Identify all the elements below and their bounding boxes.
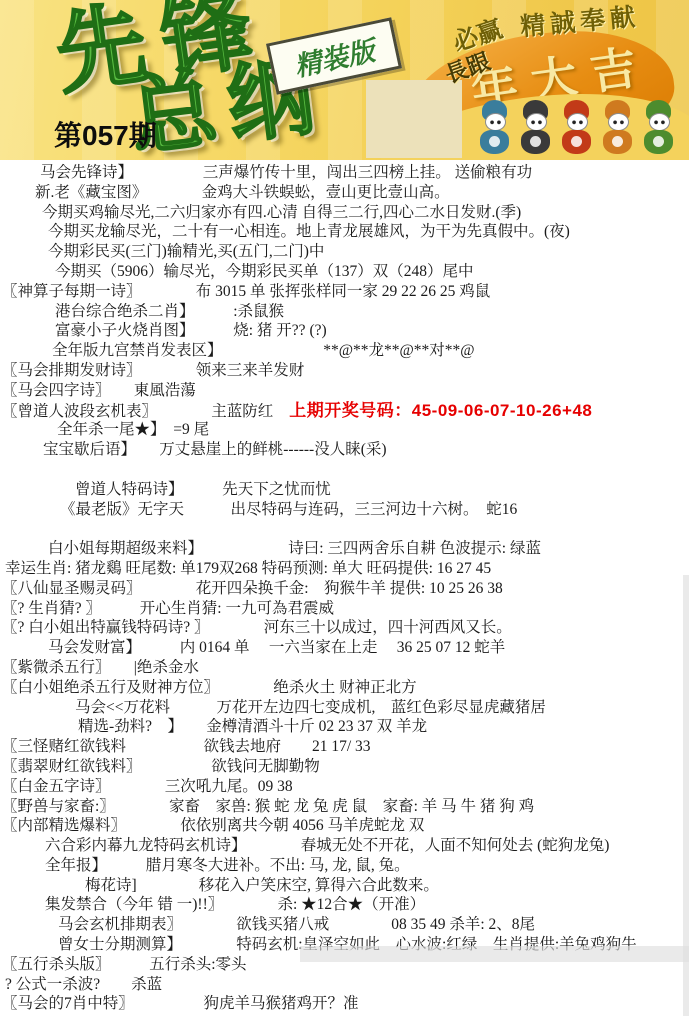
line-text: 〖神算子每期一诗〗 布 3015 单 张挥张样同一家 29 22 26 25 鸡…	[2, 283, 490, 300]
scan-edge-artifact	[683, 575, 689, 1016]
text-line: 马会<<万花料 万花开左边四七变成机, 蓝红色彩尽显虎藏猪居	[0, 698, 689, 718]
text-line: 〖白金五字诗〗 三次吼九尾。09 38	[0, 777, 689, 797]
text-line	[0, 519, 689, 539]
lottery-tip-sheet: 年大吉 先锋 总纲 精装版 第057期 必赢 精誠奉献 長跟 马会先锋诗】 三声…	[0, 0, 689, 1016]
text-line: 〖曾道人波段玄机表〗 主蓝防红上期开奖号码：45-09-06-07-10-26+…	[0, 401, 689, 421]
text-line: 马会先锋诗】 三声爆竹传十里，闯出三四榜上挂。 送偷粮有功	[0, 163, 689, 183]
text-line: 〖神算子每期一诗〗 布 3015 单 张挥张样同一家 29 22 26 25 鸡…	[0, 282, 689, 302]
mascot-huanhuan-red	[560, 100, 593, 156]
text-line: 白小姐每期超级来料】 诗曰: 三四两舍乐自耕 色波提示: 绿蓝	[0, 539, 689, 559]
text-line: 富豪小子火烧肖图】 烧: 猪 开?? (?)	[0, 321, 689, 341]
line-text: 全年版九宫禁肖发表区】 **@**龙**@**对**@	[52, 342, 475, 359]
mascot-yingying-orange	[601, 100, 634, 156]
text-line: 新.老《藏宝图》 金鸡大斗铁蜈蚣，壹山更比壹山高。	[0, 183, 689, 203]
line-text: 马会<<万花料 万花开左边四七变成机, 蓝红色彩尽显虎藏猪居	[75, 699, 546, 716]
line-text: 今期买鸡输尽光,二六归家亦有四.心清 自得三二行,四心二水日发财.(季)	[42, 204, 521, 221]
line-text: 六合彩内幕九龙特码玄机诗】 春城无处不开花，人面不知何处去 (蛇狗龙兔)	[45, 837, 609, 854]
line-text: 〖三怪赌红欲钱料 欲钱去地府 21 17/ 33	[2, 738, 371, 755]
text-line: 港台综合绝杀二肖】 :杀鼠猴	[0, 302, 689, 322]
text-line: 〖马会排期发财诗〗 领来三来羊发财	[0, 361, 689, 381]
text-line: 今期彩民买(三门)输精光,买(五门,二门)中	[0, 242, 689, 262]
line-text: 全年报】 腊月寒冬大进补。不出: 马, 龙, 鼠, 兔。	[45, 857, 410, 874]
line-text: 〖紫微杀五行〗 |绝杀金水	[2, 659, 199, 676]
text-line: 〖八仙显圣赐灵码〗 花开四朵换千金: 狗猴牛羊 提供: 10 25 26 38	[0, 579, 689, 599]
mascot-beibei-blue	[478, 100, 511, 156]
line-text: 梅花诗] 移花入户笑床空, 算得六合此数来。	[85, 877, 439, 894]
line-text: 〖马会的7肖中特〗 狗虎羊马猴猪鸡开？准	[2, 995, 359, 1012]
text-line: 〖翡翠财红欲钱料〗 欲钱问无脚勤物	[0, 757, 689, 777]
body-lines: 马会先锋诗】 三声爆竹传十里，闯出三四榜上挂。 送偷粮有功新.老《藏宝图》 金鸡…	[0, 163, 689, 1014]
text-line: ? 公式一杀波? 杀蓝	[0, 975, 689, 995]
line-text: 〖五行杀头版〗 五行杀头:零头	[2, 956, 247, 973]
text-line: 梅花诗] 移花入户笑床空, 算得六合此数来。	[0, 876, 689, 896]
line-text: 〖马会排期发财诗〗 领来三来羊发财	[2, 362, 304, 379]
line-text: ? 公式一杀波? 杀蓝	[5, 976, 162, 993]
mascot-part	[603, 130, 632, 154]
text-line: 《最老版》无字天 出尽特码与连码，三三河边十六树。 蛇16	[0, 500, 689, 520]
text-line: 今期买（5906）输尽光，今期彩民买单（137）双（248）尾中	[0, 262, 689, 282]
line-text: 《最老版》无字天 出尽特码与连码，三三河边十六树。 蛇16	[60, 501, 517, 518]
tip-lines-area: 马会先锋诗】 三声爆竹传十里，闯出三四榜上挂。 送偷粮有功新.老《藏宝图》 金鸡…	[0, 160, 689, 1016]
mascot-nini-green	[642, 100, 675, 156]
text-line: 马会玄机排期表〗 欲钱买猪八戒 08 35 49 杀羊: 2、8尾	[0, 915, 689, 935]
line-text: 精选-劲料? 】 金樽清酒斗十斤 02 23 37 双 羊龙	[78, 718, 427, 735]
issue-number: 第057期	[54, 114, 157, 154]
text-line: 今期买鸡输尽光,二六归家亦有四.心清 自得三二行,四心二水日发财.(季)	[0, 203, 689, 223]
text-line: 六合彩内幕九龙特码玄机诗】 春城无处不开花，人面不知何处去 (蛇狗龙兔)	[0, 836, 689, 856]
line-text: 集发禁合（今年 错 一)!!〗 杀: ★12合★（开准）	[45, 896, 425, 913]
text-line: 全年杀一尾★】 =9 尾	[0, 420, 689, 440]
text-line: 集发禁合（今年 错 一)!!〗 杀: ★12合★（开准）	[0, 895, 689, 915]
mascot-part	[649, 113, 670, 131]
mascot-part	[485, 113, 506, 131]
text-line: 曾道人特码诗】 先天下之忧而忧	[0, 480, 689, 500]
line-text: 今期买龙输尽光，二十有一心相连。地上青龙展雄风，为干为先真假中。(夜)	[48, 223, 570, 240]
text-line: 精选-劲料? 】 金樽清酒斗十斤 02 23 37 双 羊龙	[0, 717, 689, 737]
line-text: 马会玄机排期表〗 欲钱买猪八戒 08 35 49 杀羊: 2、8尾	[58, 916, 535, 933]
line-text: 〖翡翠财红欲钱料〗 欲钱问无脚勤物	[2, 758, 320, 775]
line-text: 〖野兽与家畜:〗 家畜 家兽: 猴 蛇 龙 兔 虎 鼠 家畜: 羊 马 牛 猪 …	[2, 798, 534, 815]
line-text: 马会先锋诗】 三声爆竹传十里，闯出三四榜上挂。 送偷粮有功	[40, 164, 532, 181]
line-text: 〖马会四字诗〗 東風浩蕩	[2, 382, 196, 399]
text-line: 〖马会四字诗〗 東風浩蕩	[0, 381, 689, 401]
line-text: 马会发财富】 内 0164 单 一六当家在上走 36 25 07 12 蛇羊	[48, 639, 505, 656]
line-text: 曾道人特码诗】 先天下之忧而忧	[75, 481, 331, 498]
line-text: 〖曾道人波段玄机表〗 主蓝防红	[2, 403, 273, 420]
blank-patch	[366, 80, 462, 158]
line-text: 新.老《藏宝图》 金鸡大斗铁蜈蚣，壹山更比壹山高。	[35, 184, 450, 201]
previous-draw-result: 上期开奖号码：45-09-06-07-10-26+48	[289, 401, 592, 420]
text-line: 〖紫微杀五行〗 |绝杀金水	[0, 658, 689, 678]
text-line: 〖白小姐绝杀五行及财神方位〗 绝杀火土 财神正北方	[0, 678, 689, 698]
mascot-part	[526, 113, 547, 131]
mascot-part	[562, 130, 591, 154]
text-line: 今期买龙输尽光，二十有一心相连。地上青龙展雄风，为干为先真假中。(夜)	[0, 222, 689, 242]
mascot-part	[521, 130, 550, 154]
mascot-part	[567, 113, 588, 131]
text-line: 宝宝歇后语】 万丈悬崖上的鲜桃------没人睐(采)	[0, 440, 689, 460]
line-text: 宝宝歇后语】 万丈悬崖上的鲜桃------没人睐(采)	[43, 441, 387, 458]
text-line: 〖野兽与家畜:〗 家畜 家兽: 猴 蛇 龙 兔 虎 鼠 家畜: 羊 马 牛 猪 …	[0, 797, 689, 817]
mascot-part	[644, 130, 673, 154]
line-text: 幸运生肖: 猪龙鷄 旺尾数: 单179双268 特码预测: 单大 旺码提供: 1…	[5, 560, 491, 577]
line-text: 富豪小子火烧肖图】 烧: 猪 开?? (?)	[55, 322, 327, 339]
scan-smudge-artifact	[300, 946, 689, 962]
text-line: 〖马会的7肖中特〗 狗虎羊马猴猪鸡开？准	[0, 994, 689, 1014]
header-banner: 年大吉 先锋 总纲 精装版 第057期 必赢 精誠奉献 長跟	[0, 0, 689, 160]
mascot-part	[480, 130, 509, 154]
line-text: 港台综合绝杀二肖】 :杀鼠猴	[55, 303, 284, 320]
mascot-jingjing-panda	[519, 100, 552, 156]
text-line: 全年报】 腊月寒冬大进补。不出: 马, 龙, 鼠, 兔。	[0, 856, 689, 876]
mascot-row	[478, 100, 675, 156]
line-text: 白小姐每期超级来料】 诗曰: 三四两舍乐自耕 色波提示: 绿蓝	[48, 540, 541, 557]
line-text: 〖白小姐绝杀五行及财神方位〗 绝杀火土 财神正北方	[2, 679, 417, 696]
line-text: 今期买（5906）输尽光，今期彩民买单（137）双（248）尾中	[55, 263, 474, 280]
mascot-part	[608, 113, 629, 131]
text-line: 幸运生肖: 猪龙鷄 旺尾数: 单179双268 特码预测: 单大 旺码提供: 1…	[0, 559, 689, 579]
line-text: 〖? 白小姐出特赢钱特码诗? 〗 河东三十以成过，四十河西风又长。	[2, 619, 512, 636]
text-line	[0, 460, 689, 480]
text-line: 全年版九宫禁肖发表区】 **@**龙**@**对**@	[0, 341, 689, 361]
line-text: 〖白金五字诗〗 三次吼九尾。09 38	[2, 778, 293, 795]
text-line: 〖三怪赌红欲钱料 欲钱去地府 21 17/ 33	[0, 737, 689, 757]
text-line: 马会发财富】 内 0164 单 一六当家在上走 36 25 07 12 蛇羊	[0, 638, 689, 658]
line-text: 〖? 生肖猜? 〗 开心生肖猜: 一九可為君震威	[2, 600, 334, 617]
line-text: 今期彩民买(三门)输精光,买(五门,二门)中	[48, 243, 324, 260]
text-line: 〖? 生肖猜? 〗 开心生肖猜: 一九可為君震威	[0, 599, 689, 619]
text-line: 〖? 白小姐出特赢钱特码诗? 〗 河东三十以成过，四十河西风又长。	[0, 618, 689, 638]
line-text: 〖八仙显圣赐灵码〗 花开四朵换千金: 狗猴牛羊 提供: 10 25 26 38	[2, 580, 503, 597]
line-text: 〖内部精选爆料〗 依依别离共今朝 4056 马羊虎蛇龙 双	[2, 817, 424, 834]
line-text: 全年杀一尾★】 =9 尾	[57, 421, 209, 438]
text-line: 〖内部精选爆料〗 依依别离共今朝 4056 马羊虎蛇龙 双	[0, 816, 689, 836]
